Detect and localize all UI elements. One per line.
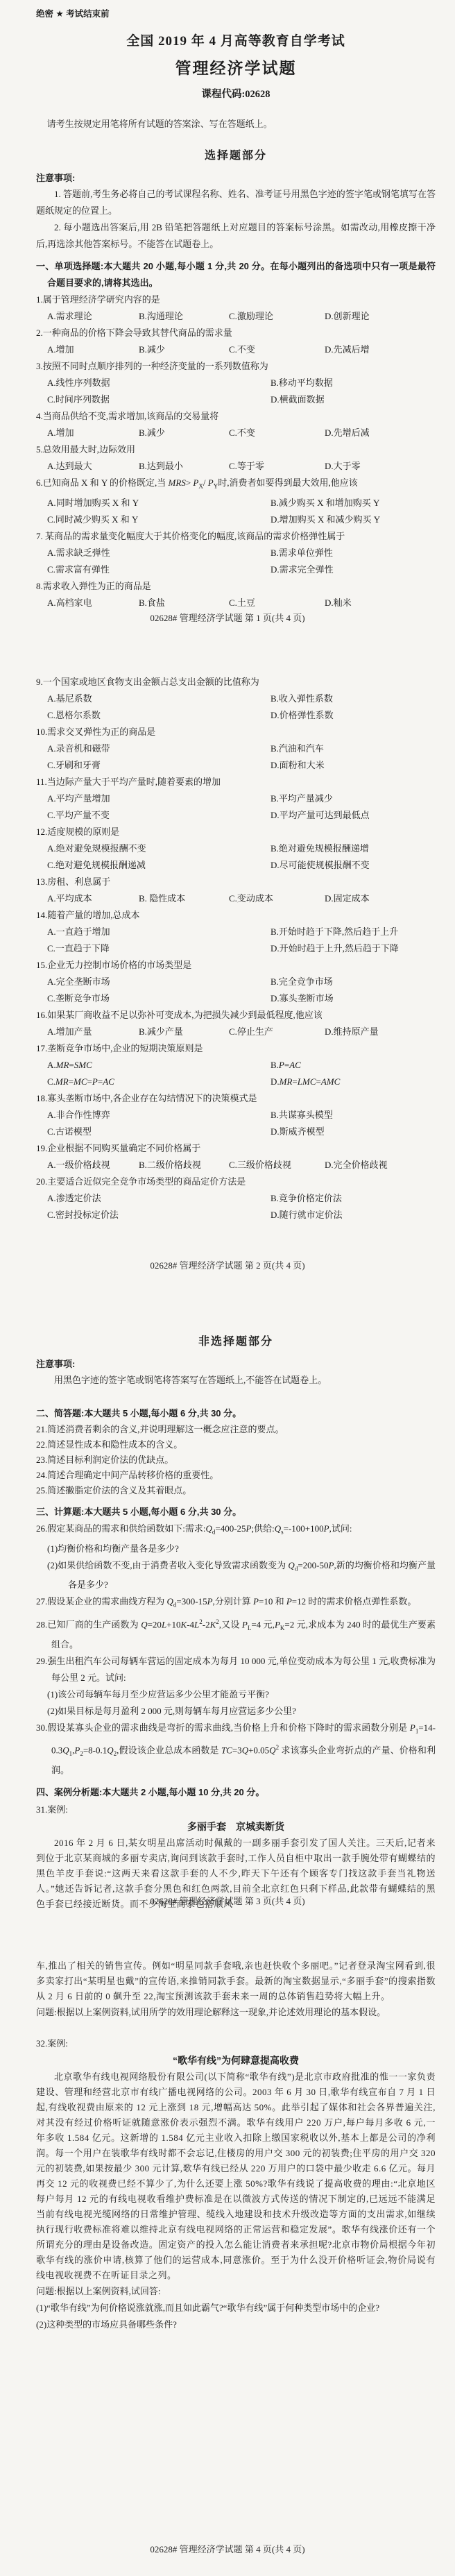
question-stem: 10.需求交叉弹性为正的商品是 [36, 724, 436, 740]
option-A: A.绝对避免规模报酬不变 [47, 840, 271, 857]
option-row: C.同时减少购买 X 和 YD.增加购买 X 和减少购买 Y [36, 511, 436, 528]
option-C: C.停止生产 [229, 1024, 325, 1040]
option-A: A.达到最大 [47, 458, 139, 475]
mcq-question: 5.总效用最大时,边际效用A.达到最大B.达到最小C.等于零D.大于零 [36, 441, 436, 475]
option-B: B.减少 [139, 425, 229, 441]
case-analysis-heading: 四、案例分析题:本大题共 2 小题,每小题 10 分,共 20 分。 [36, 1784, 436, 1801]
option-C: C.密封投标定价法 [47, 1207, 271, 1223]
page-2: 9.一个国家或地区食物支出金额占总支出金额的比值称为A.基尼系数B.收入弹性系数… [0, 628, 455, 1277]
option-C: C.不变 [229, 425, 325, 441]
option-B: B.收入弹性系数 [271, 690, 436, 707]
option-B: B.完全竞争市场 [271, 974, 436, 990]
option-row: A.高档家电B.食盐C.土豆D.籼米 [36, 595, 436, 611]
question-stem: 5.总效用最大时,边际效用 [36, 441, 436, 458]
option-B: B.减少产量 [139, 1024, 229, 1040]
option-row: A.绝对避免规模报酬不变B.绝对避免规模报酬递增 [36, 840, 436, 857]
option-C: C.需求富有弹性 [47, 561, 271, 578]
question-stem: 3.按照不同时点顺序排列的一种经济变量的一系列数值称为 [36, 358, 436, 375]
question-stem: 7. 某商品的需求量变化幅度大于其价格变化的幅度,该商品的需求价格弹性属于 [36, 528, 436, 545]
option-A: A.增加 [47, 341, 139, 358]
option-B: B.绝对避免规模报酬递增 [271, 840, 436, 857]
page-footer-3: 02628# 管理经济学试题 第 3 页(共 4 页) [0, 1894, 455, 1907]
option-C: C.三级价格歧视 [229, 1157, 325, 1173]
option-A: A.基尼系数 [47, 690, 271, 707]
option-A: A.平均产量增加 [47, 790, 271, 807]
case-32-title: “歌华有线”为何肆意提高收费 [36, 2051, 436, 2069]
option-row: A.基尼系数B.收入弹性系数 [36, 690, 436, 707]
option-A: A.同时增加购买 X 和 Y [47, 495, 271, 511]
calculation-subitem: (1)该公司每辆车每月至少应营运多少公里才能盈亏平衡? [47, 1686, 436, 1703]
question-stem: 2.一种商品的价格下降会导致其替代商品的需求量 [36, 325, 436, 341]
mcq-question: 15.企业无力控制市场价格的市场类型是A.完全垄断市场B.完全竞争市场C.垄断竞… [36, 957, 436, 1007]
option-D: D.完全价格歧视 [325, 1157, 436, 1173]
question-stem: 6.已知商品 X 和 Y 的价格既定,当 MRS> PX/ PY时,消费者如要得… [36, 475, 436, 495]
option-D: D.价格弹性系数 [271, 707, 436, 724]
mcq-question: 8.需求收入弹性为正的商品是A.高档家电B.食盐C.土豆D.籼米 [36, 578, 436, 611]
question-stem: 14.随着产量的增加,总成本 [36, 907, 436, 924]
page-2-content: 9.一个国家或地区食物支出金额占总支出金额的比值称为A.基尼系数B.收入弹性系数… [36, 674, 436, 1223]
option-row: A.非合作性博弈B.共谋寡头模型 [36, 1107, 436, 1124]
mcq-question: 9.一个国家或地区食物支出金额占总支出金额的比值称为A.基尼系数B.收入弹性系数… [36, 674, 436, 724]
page-footer-1: 02628# 管理经济学试题 第 1 页(共 4 页) [0, 611, 455, 624]
option-C: C.MR=MC=P=AC [47, 1074, 271, 1090]
option-row: C.恩格尔系数D.价格弹性系数 [36, 707, 436, 724]
option-B: B.食盐 [139, 595, 229, 611]
calculation-item: 30.假设某寡头企业的需求曲线是弯折的需求曲线,当价格上升和价格下降时的需求函数… [36, 1720, 436, 1779]
mcq-question: 7. 某商品的需求量变化幅度大于其价格变化的幅度,该商品的需求价格弹性属于A.需… [36, 528, 436, 578]
mcq-question: 20.主要适合近似完全竞争市场类型的商品定价方法是A.渗透定价法B.竞争价格定价… [36, 1173, 436, 1223]
mcq-question: 13.房租、利息属于A.平均成本B. 隐性成本C.变动成本D.固定成本 [36, 874, 436, 907]
option-D: D.维持原产量 [325, 1024, 436, 1040]
option-row: A.渗透定价法B.竞争价格定价法 [36, 1190, 436, 1207]
page-3-content: 非选择题部分 注意事项: 用黑色字迹的签字笔或钢笔将答案写在答题纸上,不能答在试… [36, 1332, 436, 1912]
question-stem: 1.属于管理经济学研究内容的是 [36, 291, 436, 308]
mcq-question-list-page2: 9.一个国家或地区食物支出金额占总支出金额的比值称为A.基尼系数B.收入弹性系数… [36, 674, 436, 1223]
case-31-label: 31.案例: [36, 1802, 436, 1817]
mcq-question: 4.当商品供给不变,需求增加,该商品的交易量将A.增加B.减少C.不变D.先增后… [36, 408, 436, 441]
page-4: 车,推出了相关的销售宣传。例如“明星同款手套哦,亲也赶快收个多丽吧。”记者登录淘… [0, 1915, 455, 2576]
option-B: B.二级价格歧视 [139, 1157, 229, 1173]
case-31-body-part2: 车,推出了相关的销售宣传。例如“明星同款手套哦,亲也赶快收个多丽吧。”记者登录淘… [36, 1958, 436, 2004]
question-stem: 18.寡头垄断市场中,各企业存在勾结情况下的决策模式是 [36, 1090, 436, 1107]
option-B: B.减少购买 X 和增加购买 Y [271, 495, 436, 511]
question-stem: 12.适度规模的原则是 [36, 824, 436, 840]
question-stem: 11.当边际产量大于平均产量时,随着要素的增加 [36, 774, 436, 790]
option-C: C.同时减少购买 X 和 Y [47, 511, 271, 528]
option-B: B.达到最小 [139, 458, 229, 475]
short-answer-list: 21.简述消费者剩余的含义,并说明理解这一概念应注意的要点。22.简述显性成本和… [36, 1422, 436, 1498]
calculation-list: 26.假定某商品的需求和供给函数如下:需求:Qd=400-25P;供给:Qs=-… [36, 1520, 436, 1779]
mcq-question-list-page1: 1.属于管理经济学研究内容的是A.需求理论B.沟通理论C.激励理论D.创新理论2… [36, 291, 436, 611]
option-A: A.录音机和磁带 [47, 740, 271, 757]
option-B: B.平均产量减少 [271, 790, 436, 807]
course-code: 课程代码:02628 [36, 86, 436, 101]
option-row: C.密封投标定价法D.随行就市定价法 [36, 1207, 436, 1223]
calculation-subitem: (1)均衡价格和均衡产量各是多少? [47, 1541, 436, 1557]
option-C: C.垄断竞争市场 [47, 990, 271, 1007]
case-31-question: 问题:根据以上案例资料,试用所学的效用理论解释这一现象,并论述效用理论的基本假设… [36, 2004, 436, 2021]
exam-title: 全国 2019 年 4 月高等教育自学考试 [36, 31, 436, 49]
short-answer-item: 22.简述显性成本和隐性成本的含义。 [36, 1437, 436, 1452]
option-C: C.绝对避免规模报酬递减 [47, 857, 271, 874]
option-A: A.平均成本 [47, 890, 139, 907]
option-B: B.减少 [139, 341, 229, 358]
option-D: D.创新理论 [325, 308, 436, 325]
page-1: 绝密 ★ 考试结束前 全国 2019 年 4 月高等教育自学考试 管理经济学试题… [0, 0, 455, 628]
mcq-question: 3.按照不同时点顺序排列的一种经济变量的一系列数值称为A.线性序列数据B.移动平… [36, 358, 436, 408]
option-D: D.需求完全弹性 [271, 561, 436, 578]
option-row: C.绝对避免规模报酬递减D.尽可能使规模报酬不变 [36, 857, 436, 874]
option-D: D.尽可能使规模报酬不变 [271, 857, 436, 874]
option-row: C.古诺模型D.斯威齐模型 [36, 1124, 436, 1140]
calculation-subitem: (2)如果目标是每月盈利 2 000 元,则每辆车每月应营运多少公里? [47, 1703, 436, 1720]
option-row: A.平均产量增加B.平均产量减少 [36, 790, 436, 807]
option-row: C.垄断竞争市场D.寡头垄断市场 [36, 990, 436, 1007]
mcq-question: 11.当边际产量大于平均产量时,随着要素的增加A.平均产量增加B.平均产量减少C… [36, 774, 436, 824]
case-32-question-2: (2)这种类型的市场应具备哪些条件? [36, 2316, 436, 2333]
calculation-heading: 三、计算题:本大题共 5 小题,每小题 6 分,共 30 分。 [36, 1504, 436, 1520]
option-D: D.大于零 [325, 458, 436, 475]
option-C: C.一直趋于下降 [47, 940, 271, 957]
option-A: A.增加 [47, 425, 139, 441]
option-row: A.MR=SMCB.P=AC [36, 1057, 436, 1074]
option-C: C.土豆 [229, 595, 325, 611]
option-A: A.非合作性博弈 [47, 1107, 271, 1124]
option-row: A.需求缺乏弹性B.需求单位弹性 [36, 545, 436, 561]
nonchoice-note: 用黑色字迹的签字笔或钢笔将答案写在答题纸上,不能答在试题卷上。 [36, 1372, 436, 1389]
page-1-content: 绝密 ★ 考试结束前 全国 2019 年 4 月高等教育自学考试 管理经济学试题… [36, 7, 436, 611]
option-row: A.达到最大B.达到最小C.等于零D.大于零 [36, 458, 436, 475]
page-4-content: 车,推出了相关的销售宣传。例如“明星同款手套哦,亲也赶快收个多丽吧。”记者登录淘… [36, 1958, 436, 2333]
classification-line: 绝密 ★ 考试结束前 [36, 7, 436, 19]
option-B: B.竞争价格定价法 [271, 1190, 436, 1207]
choice-note-1: 1. 答题前,考生务必将自己的考试课程名称、姓名、准考证号用黑色字迹的签字笔或钢… [36, 186, 436, 219]
mcq-question: 16.如果某厂商收益不足以弥补可变成本,为把损失减少到最低程度,他应该A.增加产… [36, 1007, 436, 1040]
nonchoice-notes-title: 注意事项: [36, 1357, 436, 1372]
choice-notes-title: 注意事项: [36, 171, 436, 186]
option-B: B.P=AC [271, 1057, 436, 1074]
short-answer-item: 25.简述撇脂定价法的含义及其着眼点。 [36, 1483, 436, 1498]
option-C: C.等于零 [229, 458, 325, 475]
option-A: A.增加产量 [47, 1024, 139, 1040]
option-D: D.斯威齐模型 [271, 1124, 436, 1140]
option-A: A.需求缺乏弹性 [47, 545, 271, 561]
question-stem: 16.如果某厂商收益不足以弥补可变成本,为把损失减少到最低程度,他应该 [36, 1007, 436, 1024]
calculation-item: 26.假定某商品的需求和供给函数如下:需求:Qd=400-25P;供给:Qs=-… [36, 1520, 436, 1541]
mcq-question: 18.寡头垄断市场中,各企业存在勾结情况下的决策模式是A.非合作性博弈B.共谋寡… [36, 1090, 436, 1140]
calculation-item: 29.强生出租汽车公司每辆车营运的固定成本为每月 10 000 元,单位变动成本… [36, 1653, 436, 1686]
question-stem: 15.企业无力控制市场价格的市场类型是 [36, 957, 436, 974]
option-A: A.高档家电 [47, 595, 139, 611]
calculation-item: 27.假设某企业的需求曲线方程为 Qd=300-15P,分别计算 P=10 和 … [36, 1593, 436, 1613]
option-A: A.线性序列数据 [47, 375, 271, 391]
option-row: A.需求理论B.沟通理论C.激励理论D.创新理论 [36, 308, 436, 325]
option-C: C.时间序列数据 [47, 391, 271, 408]
option-A: A.MR=SMC [47, 1057, 271, 1074]
nonchoice-part-title: 非选择题部分 [36, 1332, 436, 1348]
option-row: C.MR=MC=P=ACD.MR=LMC=AMC [36, 1074, 436, 1090]
option-B: B.开始时趋于下降,然后趋于上升 [271, 924, 436, 940]
mcq-question: 6.已知商品 X 和 Y 的价格既定,当 MRS> PX/ PY时,消费者如要得… [36, 475, 436, 528]
question-stem: 13.房租、利息属于 [36, 874, 436, 890]
option-row: C.平均产量不变D.平均产量可达到最低点 [36, 807, 436, 824]
question-stem: 20.主要适合近似完全竞争市场类型的商品定价方法是 [36, 1173, 436, 1190]
mcq-heading: 一、单项选择题:本大题共 20 小题,每小题 1 分,共 20 分。在每小题列出… [36, 258, 436, 291]
option-B: B.需求单位弹性 [271, 545, 436, 561]
option-D: D.先减后增 [325, 341, 436, 358]
option-D: D.开始时趋于上升,然后趋于下降 [271, 940, 436, 957]
question-stem: 8.需求收入弹性为正的商品是 [36, 578, 436, 595]
option-C: C.不变 [229, 341, 325, 358]
option-row: A.一级价格歧视B.二级价格歧视C.三级价格歧视D.完全价格歧视 [36, 1157, 436, 1173]
option-B: B.共谋寡头模型 [271, 1107, 436, 1124]
option-row: C.需求富有弹性D.需求完全弹性 [36, 561, 436, 578]
option-row: A.录音机和磁带B.汽油和汽车 [36, 740, 436, 757]
option-D: D.MR=LMC=AMC [271, 1074, 436, 1090]
option-D: D.增加购买 X 和减少购买 Y [271, 511, 436, 528]
case-31-title: 多丽手套 京城卖断货 [36, 1817, 436, 1836]
option-row: C.一直趋于下降D.开始时趋于上升,然后趋于下降 [36, 940, 436, 957]
option-A: A.需求理论 [47, 308, 139, 325]
option-A: A.完全垄断市场 [47, 974, 271, 990]
option-row: A.一直趋于增加B.开始时趋于下降,然后趋于上升 [36, 924, 436, 940]
option-row: C.牙刷和牙膏D.面粉和大米 [36, 757, 436, 774]
option-D: D.寡头垄断市场 [271, 990, 436, 1007]
option-C: C.恩格尔系数 [47, 707, 271, 724]
case-32-question-1: (1)“歌华有线”为何价格说涨就涨,而且如此霸气?“歌华有线”属于何种类型市场中… [36, 2300, 436, 2316]
short-answer-item: 23.简述目标利润定价法的优缺点。 [36, 1452, 436, 1468]
short-answer-heading: 二、简答题:本大题共 5 小题,每小题 6 分,共 30 分。 [36, 1405, 436, 1422]
question-stem: 17.垄断竞争市场中,企业的短期决策原则是 [36, 1040, 436, 1057]
option-row: A.同时增加购买 X 和 YB.减少购买 X 和增加购买 Y [36, 495, 436, 511]
option-D: D.平均产量可达到最低点 [271, 807, 436, 824]
option-D: D.固定成本 [325, 890, 436, 907]
mcq-question: 12.适度规模的原则是A.绝对避免规模报酬不变B.绝对避免规模报酬递增C.绝对避… [36, 824, 436, 874]
option-D: D.横截面数据 [271, 391, 436, 408]
question-stem: 9.一个国家或地区食物支出金额占总支出金额的比值称为 [36, 674, 436, 690]
option-B: B.移动平均数据 [271, 375, 436, 391]
case-32-label: 32.案例: [36, 2036, 436, 2051]
option-row: A.完全垄断市场B.完全竞争市场 [36, 974, 436, 990]
page-footer-2: 02628# 管理经济学试题 第 2 页(共 4 页) [0, 1258, 455, 1271]
option-row: A.增加产量B.减少产量C.停止生产D.维持原产量 [36, 1024, 436, 1040]
option-row: A.增加B.减少C.不变D.先增后减 [36, 425, 436, 441]
instruction-line: 请考生按规定用笔将所有试题的答案涂、写在答题纸上。 [36, 116, 436, 133]
question-stem: 4.当商品供给不变,需求增加,该商品的交易量将 [36, 408, 436, 425]
option-row: A.增加B.减少C.不变D.先减后增 [36, 341, 436, 358]
mcq-question: 1.属于管理经济学研究内容的是A.需求理论B.沟通理论C.激励理论D.创新理论 [36, 291, 436, 325]
case-32-body: 北京歌华有线电视网络股份有限公司(以下简称“歌华有线”)是北京市政府批准的惟一一… [36, 2069, 436, 2283]
mcq-question: 10.需求交叉弹性为正的商品是A.录音机和磁带B.汽油和汽车C.牙刷和牙膏D.面… [36, 724, 436, 774]
option-row: C.时间序列数据D.横截面数据 [36, 391, 436, 408]
calculation-item: 28.已知厂商的生产函数为 Q=20L+10K-4L2-2K2,又设 PL=4 … [36, 1613, 436, 1653]
option-A: A.渗透定价法 [47, 1190, 271, 1207]
mcq-question: 2.一种商品的价格下降会导致其替代商品的需求量A.增加B.减少C.不变D.先减后… [36, 325, 436, 358]
question-stem: 19.企业根据不同购买量确定不同价格属于 [36, 1140, 436, 1157]
mcq-question: 19.企业根据不同购买量确定不同价格属于A.一级价格歧视B.二级价格歧视C.三级… [36, 1140, 436, 1173]
exam-document: 绝密 ★ 考试结束前 全国 2019 年 4 月高等教育自学考试 管理经济学试题… [0, 0, 455, 2576]
option-D: D.籼米 [325, 595, 436, 611]
option-C: C.平均产量不变 [47, 807, 271, 824]
choice-note-2: 2. 每小题选出答案后,用 2B 铅笔把答题纸上对应题目的答案标号涂黑。如需改动… [36, 219, 436, 253]
paper-title: 管理经济学试题 [36, 56, 436, 78]
option-C: C.激励理论 [229, 308, 325, 325]
mcq-question: 14.随着产量的增加,总成本A.一直趋于增加B.开始时趋于下降,然后趋于上升C.… [36, 907, 436, 957]
option-D: D.先增后减 [325, 425, 436, 441]
option-A: A.一级价格歧视 [47, 1157, 139, 1173]
short-answer-item: 24.简述合理确定中间产品转移价格的重要性。 [36, 1468, 436, 1483]
mcq-question: 17.垄断竞争市场中,企业的短期决策原则是A.MR=SMCB.P=ACC.MR=… [36, 1040, 436, 1090]
choice-part-title: 选择题部分 [36, 146, 436, 162]
calculation-subitem: (2)如果供给函数不变,由于消费者收入变化导致需求函数变为 Qd=200-50P… [47, 1557, 436, 1594]
short-answer-item: 21.简述消费者剩余的含义,并说明理解这一概念应注意的要点。 [36, 1422, 436, 1437]
page-footer-4: 02628# 管理经济学试题 第 4 页(共 4 页) [0, 2542, 455, 2555]
option-B: B.沟通理论 [139, 308, 229, 325]
option-C: C.变动成本 [229, 890, 325, 907]
option-C: C.牙刷和牙膏 [47, 757, 271, 774]
option-B: B.汽油和汽车 [271, 740, 436, 757]
option-row: A.平均成本B. 隐性成本C.变动成本D.固定成本 [36, 890, 436, 907]
option-A: A.一直趋于增加 [47, 924, 271, 940]
case-32-question-intro: 问题:根据以上案例资料,试回答: [36, 2283, 436, 2300]
option-D: D.面粉和大米 [271, 757, 436, 774]
option-C: C.古诺模型 [47, 1124, 271, 1140]
page-3: 非选择题部分 注意事项: 用黑色字迹的签字笔或钢笔将答案写在答题纸上,不能答在试… [0, 1277, 455, 1915]
option-row: A.线性序列数据B.移动平均数据 [36, 375, 436, 391]
option-D: D.随行就市定价法 [271, 1207, 436, 1223]
option-B: B. 隐性成本 [139, 890, 229, 907]
